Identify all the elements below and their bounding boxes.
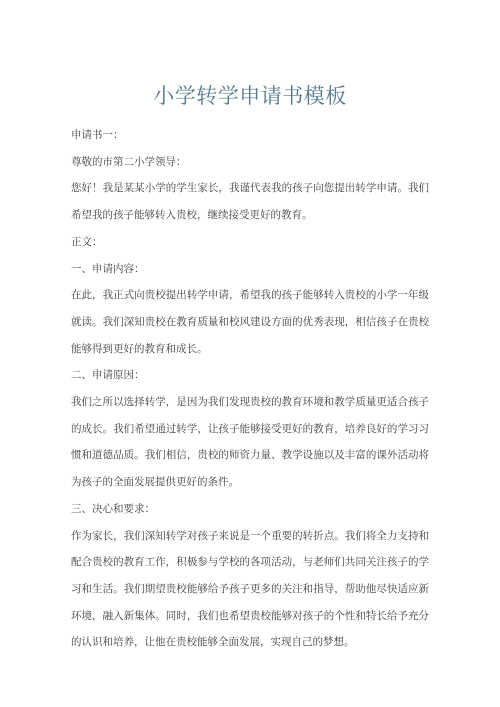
paragraph: 三、决心和要求： xyxy=(71,496,429,523)
paragraph: 在此，我正式向贵校提出转学申请，希望我的孩子能够转入贵校的小学一年级就读。我们深… xyxy=(71,282,429,362)
paragraph: 一、申请内容： xyxy=(71,256,429,283)
paragraph: 正文： xyxy=(71,229,429,256)
paragraph: 作为家长，我们深知转学对孩子来说是一个重要的转折点。我们将全力支持和配合贵校的教… xyxy=(71,523,429,657)
document-page: 小学转学申请书模板 申请书一：尊敬的市第二小学领导：您好！我是某某小学的学生家长… xyxy=(0,0,500,707)
document-title: 小学转学申请书模板 xyxy=(0,86,500,108)
paragraph: 您好！我是某某小学的学生家长，我谨代表我的孩子向您提出转学申请。我们希望我的孩子… xyxy=(71,175,429,228)
paragraph: 尊敬的市第二小学领导： xyxy=(71,149,429,176)
paragraph: 二、申请原因： xyxy=(71,362,429,389)
paragraph: 申请书一： xyxy=(71,122,429,149)
document-body: 申请书一：尊敬的市第二小学领导：您好！我是某某小学的学生家长，我谨代表我的孩子向… xyxy=(71,122,429,656)
paragraph: 我们之所以选择转学，是因为我们发现贵校的教育环境和教学质量更适合孩子的成长。我们… xyxy=(71,389,429,496)
